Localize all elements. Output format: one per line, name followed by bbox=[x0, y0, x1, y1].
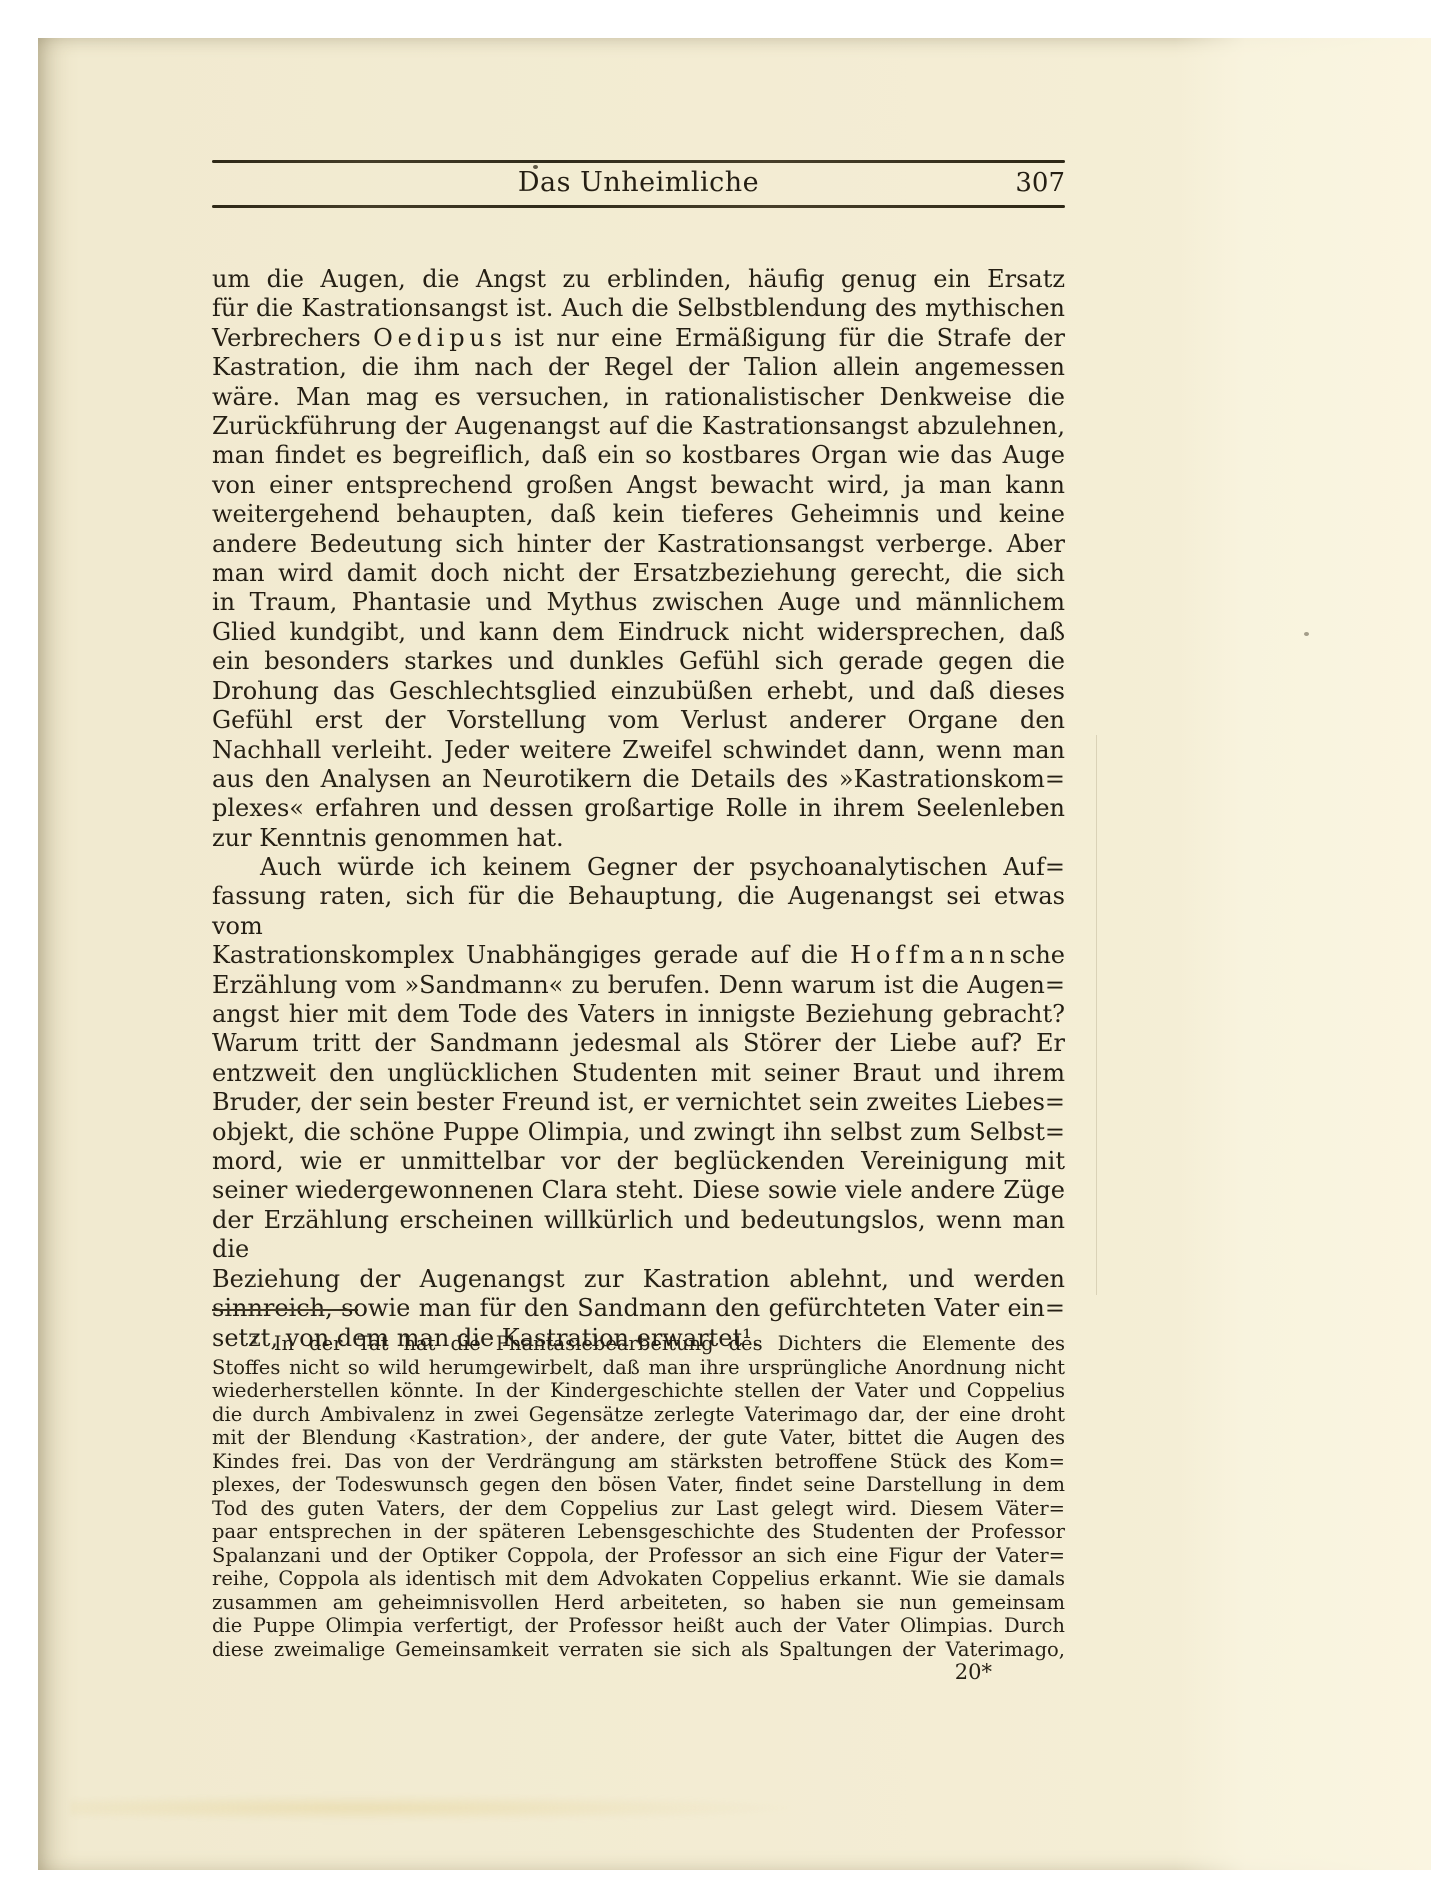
header-rule-top bbox=[212, 160, 1065, 163]
page-number: 307 bbox=[912, 168, 1065, 198]
body-text-line: Warum tritt der Sandmann jedesmal als St… bbox=[212, 1029, 1065, 1058]
body-paragraph-1: um die Augen, die Angst zu erblinden, hä… bbox=[212, 265, 1065, 853]
adjacent-page-edge bbox=[1175, 38, 1431, 1870]
body-text-line: Gefühl erst der Vorstellung vom Verlust … bbox=[212, 706, 1065, 735]
footnote-block: ¹ In der Tat hat die Phantasiebearbeitun… bbox=[212, 1332, 1065, 1661]
body-text-line: weitergehend behaupten, daß kein tiefere… bbox=[212, 500, 1065, 529]
body-text-line: man findet es begreiflich, daß ein so ko… bbox=[212, 441, 1065, 470]
scanned-book-page: Das Unheimliche 307 um die Augen, die An… bbox=[0, 0, 1431, 1901]
body-text-line: Kastrationskomplex Unabhängiges gerade a… bbox=[212, 941, 1065, 970]
footnote-text-line: plexes, der Todeswunsch gegen den bösen … bbox=[212, 1473, 1065, 1497]
body-text-line: Auch würde ich keinem Gegner der psychoa… bbox=[212, 853, 1065, 882]
body-text-line: entzweit den unglücklichen Studenten mit… bbox=[212, 1059, 1065, 1088]
footnote-text-line: diese zweimalige Gemeinsamkeit verraten … bbox=[212, 1638, 1065, 1662]
ink-speck bbox=[1304, 632, 1309, 636]
body-text-line: Bruder, der sein bester Freund ist, er v… bbox=[212, 1088, 1065, 1117]
footnote-text-line: wiederherstellen könnte. In der Kinderge… bbox=[212, 1379, 1065, 1403]
footnote-text-line: Stoffes nicht so wild herumgewirbelt, da… bbox=[212, 1356, 1065, 1380]
body-text-line: andere Bedeutung sich hinter der Kastrat… bbox=[212, 530, 1065, 559]
body-text-line: aus den Analysen an Neurotikern die Deta… bbox=[212, 765, 1065, 794]
signature-mark: 20* bbox=[902, 1660, 992, 1684]
paper-smudge bbox=[70, 1795, 790, 1821]
footnote-text-line: Kindes frei. Das von der Verdrängung am … bbox=[212, 1450, 1065, 1474]
footnote-text-line: mit der Blendung ‹Kastration›, der ander… bbox=[212, 1426, 1065, 1450]
body-text-line: wäre. Man mag es versuchen, in rationali… bbox=[212, 383, 1065, 412]
body-paragraph-2: Auch würde ich keinem Gegner der psychoa… bbox=[212, 853, 1065, 1353]
body-text-line: Erzählung vom »Sandmann« zu berufen. Den… bbox=[212, 971, 1065, 1000]
body-text-line: Nachhall verleiht. Jeder weitere Zweifel… bbox=[212, 736, 1065, 765]
body-text-line: Glied kundgibt, und kann dem Eindruck ni… bbox=[212, 618, 1065, 647]
body-text-line: für die Kastrationsangst ist. Auch die S… bbox=[212, 294, 1065, 323]
body-text-line: man wird damit doch nicht der Ersatzbezi… bbox=[212, 559, 1065, 588]
body-text-line: zur Kenntnis genommen hat. bbox=[212, 824, 1065, 853]
body-text-line: Beziehung der Augenangst zur Kastration … bbox=[212, 1265, 1065, 1294]
body-text-line: von einer entsprechend großen Angst bewa… bbox=[212, 471, 1065, 500]
body-text-line: Verbrechers O e d i p u s ist nur eine E… bbox=[212, 324, 1065, 353]
body-text-line: in Traum, Phantasie und Mythus zwischen … bbox=[212, 588, 1065, 617]
body-text-line: plexes« erfahren und dessen großartige R… bbox=[212, 794, 1065, 823]
body-text-line: mord, wie er unmittelbar vor der beglück… bbox=[212, 1147, 1065, 1176]
body-text-line: Kastration, die ihm nach der Regel der T… bbox=[212, 353, 1065, 382]
footnote-text-line: paar entsprechen in der späteren Lebensg… bbox=[212, 1520, 1065, 1544]
body-text-line: der Erzählung erscheinen willkürlich und… bbox=[212, 1206, 1065, 1265]
body-text-line: Zurückführung der Augenangst auf die Kas… bbox=[212, 412, 1065, 441]
footnote-separator-rule bbox=[212, 1309, 358, 1311]
body-text-line: Drohung das Geschlechtsglied einzubüßen … bbox=[212, 677, 1065, 706]
body-text-line: um die Augen, die Angst zu erblinden, hä… bbox=[212, 265, 1065, 294]
footnote-text-line: die Puppe Olimpia verfertigt, der Profes… bbox=[212, 1614, 1065, 1638]
footnote-text-line: Spalanzani und der Optiker Coppola, der … bbox=[212, 1544, 1065, 1568]
footnote-text-line: zusammen am geheimnisvollen Herd arbeite… bbox=[212, 1591, 1065, 1615]
header-rule-bottom bbox=[212, 205, 1065, 208]
body-text-line: seiner wiedergewonnenen Clara steht. Die… bbox=[212, 1176, 1065, 1205]
footnote-text-line: die durch Ambivalenz in zwei Gegensätze … bbox=[212, 1403, 1065, 1427]
body-text-line: objekt, die schöne Puppe Olimpia, und zw… bbox=[212, 1118, 1065, 1147]
body-text-line: fassung raten, sich für die Behauptung, … bbox=[212, 882, 1065, 941]
body-text-line: ein besonders starkes und dunkles Gefühl… bbox=[212, 647, 1065, 676]
footnote-text-line: reihe, Coppola als identisch mit dem Adv… bbox=[212, 1567, 1065, 1591]
scan-crease-line bbox=[1096, 735, 1097, 1295]
body-text-line: angst hier mit dem Tode des Vaters in in… bbox=[212, 1000, 1065, 1029]
footnote-text-line: ¹ In der Tat hat die Phantasiebearbeitun… bbox=[212, 1332, 1065, 1356]
footnote-text-line: Tod des guten Vaters, der dem Coppelius … bbox=[212, 1497, 1065, 1521]
